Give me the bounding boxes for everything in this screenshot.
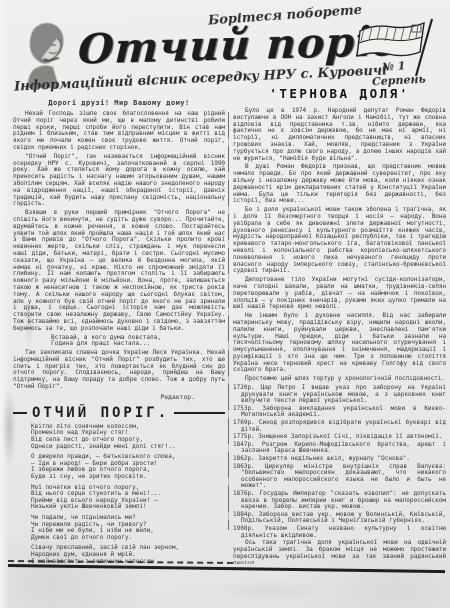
rule-line bbox=[174, 412, 225, 414]
article-paragraph: Було це в 1974 р. Народний депутат Роман… bbox=[233, 108, 446, 162]
editor-signature: Редактор. bbox=[13, 393, 195, 401]
chronology-entry: 1908р. Указом Сенату названо культурну і… bbox=[233, 526, 446, 539]
column-divider bbox=[228, 112, 229, 530]
chronology-entry: 1863р. Циркуляр міністра внутрішніх спра… bbox=[233, 464, 446, 490]
chronology-entry: 1720р. Цар Петро І видав указ про заборо… bbox=[233, 385, 446, 405]
left-column: Дорогі друзі! Мир Вашому дому! Нехай Гос… bbox=[13, 99, 225, 563]
poem-stanza: Мої початки від отчого порогу, Від нього… bbox=[31, 485, 225, 511]
poem-quote: Вставай, в кого дума повстала, Година дл… bbox=[51, 335, 225, 349]
chronology-entry: 1847р. Розгром Кирило-Мефодіївського бра… bbox=[233, 442, 446, 455]
article-closing-paragraph: Ось така трагічна доля української мови … bbox=[233, 540, 446, 564]
intro-paragraph: Нехай Господь зішле своє благословення н… bbox=[13, 111, 225, 152]
article-paragraph: В душі Роман Федорів признав, що предста… bbox=[233, 164, 446, 205]
poem-stanza: О джерело правди, — батьківського слова,… bbox=[31, 454, 225, 480]
article-paragraph: Бо і доля української мови також зболена… bbox=[233, 207, 446, 275]
chronology-entry: 1876р. Государь Император "сказать извол… bbox=[233, 491, 446, 511]
poem-stanza: Чи падали, чи піднімались ми? Чи пережил… bbox=[31, 515, 225, 541]
closing-paragraph: Так закликала славна дочка України Леся … bbox=[13, 350, 225, 391]
chronology-entry: 1884р. Заборона вистав укр. мовою у Воли… bbox=[233, 512, 446, 525]
chronology-entry: 1862р. Закриття недільних шкіл, журналу … bbox=[233, 456, 446, 463]
newsletter-title: Отчий поріг bbox=[77, 18, 349, 73]
article-paragraph: Не іншим було і духовне насилля. Від нас… bbox=[233, 313, 446, 374]
poem-stanza: Квітло літо сонячним колоссям, Променіло… bbox=[31, 424, 225, 450]
article-paragraph: Депортоване тіло України могутні сусіди-… bbox=[233, 277, 446, 311]
chronology-entry: 1769р. Синод розпорядився відібрати укра… bbox=[233, 420, 446, 433]
right-column: 'ТЕРНОВА ДОЛЯ' Було це в 1974 р. Народни… bbox=[233, 86, 446, 564]
article-headline: 'ТЕРНОВА ДОЛЯ' bbox=[233, 86, 446, 101]
poem-title: ОТЧИЙ ПОРІГ. bbox=[32, 405, 169, 421]
chronology-entry: 1753р. Заборона викладання української м… bbox=[233, 406, 446, 419]
photocopy-edge-strip bbox=[0, 0, 9, 608]
article-paragraph: Простежмо цей шлях тортур у хронологічні… bbox=[233, 376, 446, 383]
scan-smudge bbox=[210, 580, 330, 602]
poem-section-header: ОТЧИЙ ПОРІГ. bbox=[13, 405, 225, 421]
chronology-entry: 1775р. Знищення Запорізької Січі, ліквід… bbox=[233, 434, 446, 441]
scanned-newsletter-page: Борітеся поборете Отчий поріг № 1 Серпен… bbox=[0, 0, 450, 608]
intro-paragraph: Взявши в руки перший примірник "Отчого П… bbox=[13, 210, 225, 332]
rule-line bbox=[13, 412, 27, 414]
greeting-heading: Дорогі друзі! Мир Вашому дому! bbox=[13, 99, 225, 107]
intro-paragraph: "Отчий Поріг", так називається інформаці… bbox=[13, 154, 225, 208]
